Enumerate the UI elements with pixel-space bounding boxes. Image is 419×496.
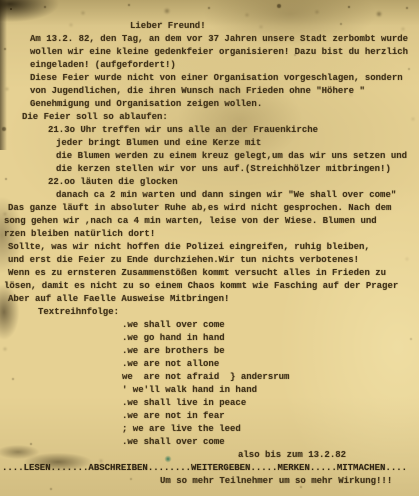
document-line: rzen bleiben natürlich dort!: [4, 228, 419, 241]
document-line: .we are not in fear: [122, 410, 419, 423]
document-line: von Jugendlichen, die ihren Wunsch nach …: [30, 85, 419, 98]
document-line: .we shall over come: [122, 319, 419, 332]
document-line: wollen wir eine kleine gedenkfeier organ…: [30, 46, 419, 59]
document-line: song gehen wir ,nach ca 4 min warten, le…: [4, 215, 419, 228]
document-line: Sollte, was wir nicht hoffen die Polizei…: [8, 241, 419, 254]
document-line: .we shall live in peace: [122, 397, 419, 410]
document-line: Um so mehr Teilnehmer um so mehr Wirkung…: [160, 475, 419, 488]
document-line: Textreihnfolge:: [38, 306, 419, 319]
document-line: die Blumen werden zu einem kreuz gelegt,…: [56, 150, 419, 163]
document-line: und erst die Feier zu Ende durchziehen.W…: [8, 254, 419, 267]
document-line: .we are brothers be: [122, 345, 419, 358]
document-line: jeder bringt Blumen und eine Kerze mit: [56, 137, 419, 150]
document-line: Die Feier soll so ablaufen:: [22, 111, 419, 124]
document-line: Wenn es zu ernsteren Zusammenstößen komm…: [8, 267, 419, 280]
document-line: ; we are live the leed: [122, 423, 419, 436]
document-line: also bis zum 13.2.82: [238, 449, 419, 462]
document-line: 22.oo läuten die glocken: [48, 176, 419, 189]
document-line: Das ganze läuft in absoluter Ruhe ab,es …: [8, 202, 419, 215]
document-line: danach ca 2 min warten und dann singen w…: [56, 189, 419, 202]
document-line: Am 13.2. 82, den Tag, an dem vor 37 Jahr…: [30, 33, 419, 46]
document-line: we are not afraid } andersrum: [122, 371, 419, 384]
document-line: .we are not allone: [122, 358, 419, 371]
scanned-page: Lieber Freund!Am 13.2. 82, den Tag, an d…: [0, 0, 419, 496]
document-line: .we go hand in hand: [122, 332, 419, 345]
document-line: .we shall over come: [122, 436, 419, 449]
document-line: die kerzen stellen wir vor uns auf.(Stre…: [56, 163, 419, 176]
document-line: 21.3o Uhr treffen wir uns alle an der Fr…: [48, 124, 419, 137]
paper-noise-speckles: [10, 8, 12, 10]
document-line: Genehmigung und Organisation zeigen woll…: [30, 98, 419, 111]
document-line: Diese Feier wurde nicht von einer Organi…: [30, 72, 419, 85]
document-line: ' we'll walk hand in hand: [122, 384, 419, 397]
document-line: lösen, damit es nicht zu so einem Chaos …: [4, 280, 419, 293]
document-line: eingeladen! (aufgefordert!): [30, 59, 419, 72]
document-line: ....LESEN.......ABSCHREIBEN........WEITE…: [2, 462, 419, 475]
document-line: Lieber Freund!: [130, 20, 419, 33]
document-line: Aber auf alle Faelle Ausweise Mitbringen…: [8, 293, 419, 306]
document-body: Lieber Freund!Am 13.2. 82, den Tag, an d…: [0, 20, 419, 488]
